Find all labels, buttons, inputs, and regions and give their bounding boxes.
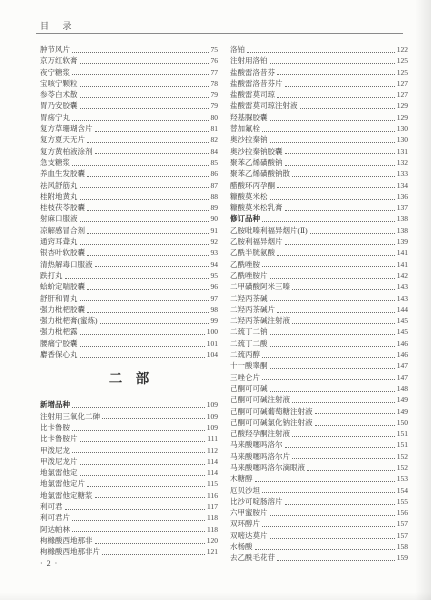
dot-leader — [80, 464, 206, 465]
dot-leader — [277, 560, 395, 561]
entry-title: 甲泼尼龙片 — [40, 456, 78, 467]
toc-entry: 利可君片118 — [40, 512, 218, 523]
entry-page: 121 — [207, 546, 218, 557]
dot-leader — [285, 153, 395, 154]
dot-leader — [270, 199, 395, 200]
toc-entry: 盐酸雷莫司琼127 — [230, 89, 408, 100]
toc-entry: 注射用洛铂125 — [230, 55, 408, 66]
dot-leader — [277, 74, 395, 75]
entry-page: 151 — [397, 439, 408, 450]
toc-entry: 胃疡宁丸80 — [40, 112, 218, 123]
toc-entry: 甲泼尼龙片114 — [40, 456, 218, 467]
dot-leader — [277, 187, 395, 188]
entry-title: 己酮可可碱葡萄糖注射液 — [230, 406, 313, 417]
entry-page: 149 — [397, 406, 408, 417]
dot-leader — [315, 425, 395, 426]
toc-entry: 去乙酰毛花苷159 — [230, 552, 408, 563]
dot-leader — [87, 486, 205, 487]
entry-page: 134 — [397, 180, 408, 191]
entry-page: 117 — [207, 501, 218, 512]
toc-entry: 桂枝茯苓胶囊89 — [40, 202, 218, 213]
dot-leader — [285, 244, 395, 245]
dot-leader — [80, 346, 205, 347]
entry-page: 148 — [397, 383, 408, 394]
dot-leader — [270, 120, 395, 121]
dot-leader — [80, 97, 209, 98]
toc-entry: 十一酸睾酮147 — [230, 360, 408, 371]
dot-leader — [65, 509, 206, 510]
entry-title: 桂附地黄丸 — [40, 191, 78, 202]
entry-page: 118 — [207, 524, 218, 535]
entry-title: 参苓白术散 — [40, 89, 78, 100]
entry-page: 153 — [397, 473, 408, 484]
dot-leader — [72, 531, 205, 532]
dot-leader — [262, 526, 395, 527]
dot-leader — [72, 52, 209, 53]
dot-leader — [262, 357, 395, 358]
header-divider — [36, 33, 403, 34]
entry-title: 己酮可可碱氯化钠注射液 — [230, 417, 313, 428]
dot-leader — [315, 413, 395, 414]
entry-page: 97 — [211, 293, 219, 304]
entry-page: 125 — [397, 55, 408, 66]
entry-page: 90 — [211, 213, 219, 224]
dot-leader — [270, 142, 395, 143]
dot-leader — [270, 538, 395, 539]
dot-leader — [270, 515, 395, 516]
toc-entry: 地氯雷他定114 — [40, 467, 218, 478]
dot-leader — [292, 402, 395, 403]
dot-leader — [285, 165, 395, 166]
entry-page: 109 — [207, 422, 218, 433]
entry-title: 胃乃安胶囊 — [40, 100, 78, 111]
dot-leader — [80, 108, 209, 109]
dot-leader — [87, 210, 209, 211]
toc-entry: 参苓白术散79 — [40, 89, 218, 100]
entry-title: 糠酸莫米松 — [230, 191, 268, 202]
entry-page: 76 — [211, 55, 219, 66]
entry-title: 奥沙拉秦钠 — [230, 134, 268, 145]
toc-entry: 养血生发胶囊86 — [40, 168, 218, 179]
entry-title: 乙酰唑胺 — [230, 259, 260, 270]
entry-page: 94 — [211, 259, 219, 270]
dot-leader — [80, 357, 205, 358]
toc-entry: 木糖醇153 — [230, 473, 408, 484]
toc-entry: 急支糖浆85 — [40, 157, 218, 168]
entry-page: 144 — [397, 304, 408, 315]
toc-entry: 夜宁糖浆77 — [40, 67, 218, 78]
toc-entry: 强力枇杷胶囊98 — [40, 304, 218, 315]
dot-leader — [87, 312, 209, 313]
toc-entry: 通窍耳聋丸92 — [40, 236, 218, 247]
entry-title: 奥沙拉秦钠胶囊 — [230, 146, 283, 157]
dot-leader — [80, 300, 209, 301]
dot-leader — [285, 210, 395, 211]
entry-page: 85 — [211, 157, 219, 168]
entry-title: 注射用洛铂 — [230, 55, 268, 66]
entry-title: 二羟丙茶碱 — [230, 293, 268, 304]
toc-entry: 己酮可可碱氯化钠注射液150 — [230, 417, 408, 428]
dot-leader — [262, 266, 395, 267]
entry-title: 比卡鲁胺 — [40, 422, 70, 433]
toc-entry: 乙胺利福异烟片139 — [230, 236, 408, 247]
entry-page: 150 — [397, 417, 408, 428]
entry-title: 二巯丁二酸 — [230, 338, 268, 349]
toc-entry: 二羟丙茶碱143 — [230, 293, 408, 304]
entry-title: 己酮可可碱 — [230, 383, 268, 394]
toc-entry: 复方草珊瑚含片81 — [40, 123, 218, 134]
entry-page: 81 — [211, 123, 219, 134]
toc-entry: 二羟丙茶碱片144 — [230, 304, 408, 315]
entry-page: 86 — [211, 168, 219, 179]
entry-title: 乙酰半胱氨酸 — [230, 247, 275, 258]
toc-entry: 地氯雷他定片115 — [40, 478, 218, 489]
entry-title: 马来酸噻吗洛尔片 — [230, 451, 290, 462]
entry-page: 138 — [397, 225, 408, 236]
entry-page: 159 — [397, 552, 408, 563]
toc-entry: 复方夏天无片82 — [40, 134, 218, 145]
toc-entry: 强力枇杷露100 — [40, 326, 218, 337]
toc-entry: 聚苯乙烯磺酸钠散133 — [230, 168, 408, 179]
entry-page: 98 — [211, 304, 219, 315]
entry-title: 盐酸雷莫司琼注射液 — [230, 100, 298, 111]
entry-title: 替加氟栓 — [230, 123, 260, 134]
entry-title: 马来酸噻吗洛尔滴眼液 — [230, 462, 305, 473]
toc-entry: 京万红软膏76 — [40, 55, 218, 66]
entry-title: 比卡鲁胺片 — [40, 433, 78, 444]
toc-entry: 乙胺吡嗪利福异烟片(Ⅱ)138 — [230, 225, 408, 236]
dot-leader — [95, 543, 205, 544]
entry-page: 138 — [397, 213, 408, 224]
entry-page: 143 — [397, 281, 408, 292]
entry-title: 枸橼酸西地那非 — [40, 535, 93, 546]
dot-leader — [292, 289, 395, 290]
entry-page: 139 — [397, 236, 408, 247]
entry-page: 157 — [397, 530, 408, 541]
entry-page: 109 — [207, 411, 218, 422]
toc-entry: 羟基脲胶囊129 — [230, 112, 408, 123]
dot-leader — [65, 278, 209, 279]
dot-leader — [72, 165, 209, 166]
entry-page: 91 — [211, 225, 219, 236]
entry-page: 143 — [397, 293, 408, 304]
entry-title: 地氯雷他定糖浆 — [40, 490, 93, 501]
dot-leader — [285, 504, 395, 505]
dot-leader — [72, 120, 209, 121]
entry-title: 复方夏天无片 — [40, 134, 85, 145]
entry-title: 厄贝沙坦 — [230, 485, 260, 496]
entry-page: 154 — [397, 485, 408, 496]
entry-title: 水杨酸 — [230, 541, 253, 552]
toc-entry: 二巯丙醇146 — [230, 349, 408, 360]
dot-leader — [87, 289, 209, 290]
toc-entry: 跌打丸95 — [40, 270, 218, 281]
toc-entry: 己酸羟孕酮注射液151 — [230, 428, 408, 439]
toc-entry: 银杏叶软胶囊93 — [40, 247, 218, 258]
dot-leader — [270, 368, 395, 369]
dot-leader — [292, 176, 395, 177]
entry-title: 京万红软膏 — [40, 55, 78, 66]
dot-leader — [102, 554, 205, 555]
dot-leader — [270, 346, 395, 347]
entry-page: 79 — [211, 100, 219, 111]
toc-entry: 舒肝和胃丸97 — [40, 293, 218, 304]
toc-page: 目 录 肿节风片75京万红软膏76夜宁糖浆77宝咳宁颗粒78参苓白术散79胃乃安… — [0, 0, 431, 600]
toc-entry: 蛤蚧定喘胶囊96 — [40, 281, 218, 292]
dot-leader — [277, 255, 395, 256]
entry-page: 116 — [207, 490, 218, 501]
toc-entry: 奥沙拉秦钠胶囊131 — [230, 146, 408, 157]
entry-title: 羟基脲胶囊 — [230, 112, 268, 123]
entry-title: 银杏叶软胶囊 — [40, 247, 85, 258]
entry-page: 95 — [211, 270, 219, 281]
section-heading-entry: 修订品种138 — [230, 213, 408, 224]
entry-title: 蛤蚧定喘胶囊 — [40, 281, 85, 292]
entry-title: 去乙酰毛花苷 — [230, 552, 275, 563]
entry-title: 甲泼尼龙 — [40, 445, 70, 456]
toc-entry: 厄贝沙坦154 — [230, 485, 408, 496]
toc-entry: 二巯丁二酸146 — [230, 338, 408, 349]
dot-leader — [262, 131, 395, 132]
dot-leader — [80, 475, 206, 476]
dot-leader — [270, 63, 395, 64]
dot-leader — [247, 52, 395, 53]
dot-leader — [310, 233, 395, 234]
dot-leader — [87, 176, 209, 177]
toc-entry: 比卡鲁胺109 — [40, 422, 218, 433]
entry-page: 89 — [211, 202, 219, 213]
entry-title: 盐酸雷洛昔芬片 — [230, 78, 283, 89]
dot-leader — [95, 153, 209, 154]
section-heading-entry: 新增品种109 — [40, 399, 218, 410]
toc-entry: 糠酸莫米松136 — [230, 191, 408, 202]
entry-title: 乙胺利福异烟片 — [230, 236, 283, 247]
entry-page: 100 — [207, 326, 218, 337]
entry-title: 清热解毒口服液 — [40, 259, 93, 270]
toc-entry: 胃乃安胶囊79 — [40, 100, 218, 111]
toc-entry: 醋酸环丙孕酮134 — [230, 180, 408, 191]
toc-entry: 二甲磺酸阿米三嗪143 — [230, 281, 408, 292]
entry-title: 利可君片 — [40, 512, 70, 523]
dot-leader — [100, 323, 209, 324]
toc-entry: 马来酸噻吗洛尔151 — [230, 439, 408, 450]
entry-page: 130 — [397, 123, 408, 134]
entry-page: 99 — [211, 315, 219, 326]
entry-title: 十一酸睾酮 — [230, 360, 268, 371]
entry-page: 151 — [397, 428, 408, 439]
entry-title: 复方草珊瑚含片 — [40, 123, 93, 134]
entry-page: 157 — [397, 518, 408, 529]
dot-leader — [277, 312, 395, 313]
part1-entry-list: 肿节风片75京万红软膏76夜宁糖浆77宝咳宁颗粒78参苓白术散79胃乃安胶囊79… — [40, 44, 218, 360]
entry-page: 133 — [397, 168, 408, 179]
entry-page: 127 — [397, 89, 408, 100]
entry-title: 二甲磺酸阿米三嗪 — [230, 281, 290, 292]
toc-entry: 二羟丙茶碱注射液145 — [230, 315, 408, 326]
part2-right-entry-list: 洛铂122注射用洛铂125盐酸雷洛昔芬125盐酸雷洛昔芬片127盐酸雷莫司琼12… — [230, 44, 408, 564]
dot-leader — [300, 108, 395, 109]
entry-page: 80 — [211, 112, 219, 123]
entry-page: 146 — [397, 349, 408, 360]
entry-page: 129 — [397, 112, 408, 123]
entry-page: 109 — [207, 399, 218, 410]
part2-new-entry-list: 新增品种109注射用三氧化二砷109比卡鲁胺109比卡鲁胺片111甲泼尼龙112… — [40, 399, 218, 557]
toc-entry: 洛铂122 — [230, 44, 408, 55]
toc-entry: 乙酰唑胺141 — [230, 259, 408, 270]
entry-page: 111 — [207, 433, 218, 444]
toc-entry: 盐酸雷洛昔芬片127 — [230, 78, 408, 89]
entry-title: 盐酸雷洛昔芬 — [230, 67, 275, 78]
dot-leader — [95, 497, 206, 498]
entry-page: 79 — [211, 89, 219, 100]
dot-leader — [270, 391, 395, 392]
dot-leader — [72, 74, 209, 75]
dot-leader — [307, 470, 395, 471]
toc-entry: 盐酸雷莫司琼注射液129 — [230, 100, 408, 111]
toc-entry: 强力枇杷膏(蜜炼)99 — [40, 315, 218, 326]
toc-entry: 祛风舒筋丸87 — [40, 180, 218, 191]
entry-title: 地氯雷他定片 — [40, 478, 85, 489]
toc-entry: 六甲蜜胺片156 — [230, 507, 408, 518]
dot-leader — [285, 447, 395, 448]
dot-leader — [72, 452, 205, 453]
entry-title: 宝咳宁颗粒 — [40, 78, 78, 89]
dot-leader — [262, 379, 395, 380]
entry-page: 155 — [397, 496, 408, 507]
toc-entry: 阿达帕林118 — [40, 524, 218, 535]
entry-title: 腰痛宁胶囊 — [40, 338, 78, 349]
entry-page: 137 — [397, 202, 408, 213]
entry-page: 114 — [207, 467, 218, 478]
entry-page: 93 — [211, 247, 219, 258]
entry-page: 112 — [207, 445, 218, 456]
entry-page: 146 — [397, 338, 408, 349]
entry-page: 132 — [397, 157, 408, 168]
toc-entry: 桂附地黄丸88 — [40, 191, 218, 202]
entry-title: 祛风舒筋丸 — [40, 180, 78, 191]
dot-leader — [270, 278, 395, 279]
entry-title: 强力枇杷胶囊 — [40, 304, 85, 315]
entry-page: 118 — [207, 512, 218, 523]
dot-leader — [270, 300, 395, 301]
entry-page: 77 — [211, 67, 219, 78]
dot-leader — [262, 492, 395, 493]
entry-title: 盐酸雷莫司琼 — [230, 89, 275, 100]
toc-entry: 己酮可可碱注射液149 — [230, 394, 408, 405]
entry-title: 阿达帕林 — [40, 524, 70, 535]
dot-leader — [270, 334, 395, 335]
entry-page: 152 — [397, 451, 408, 462]
toc-entry: 复方黄柏液涂剂84 — [40, 146, 218, 157]
entry-page: 147 — [397, 372, 408, 383]
entry-page: 156 — [397, 507, 408, 518]
entry-title: 洛铂 — [230, 44, 245, 55]
dot-leader — [285, 86, 395, 87]
dot-leader — [102, 418, 205, 419]
entry-title: 二羟丙茶碱注射液 — [230, 315, 290, 326]
entry-title: 注射用三氧化二砷 — [40, 411, 100, 422]
dot-leader — [80, 221, 209, 222]
entry-title: 二巯丁二钠 — [230, 326, 268, 337]
entry-page: 141 — [397, 259, 408, 270]
toc-entry: 己酮可可碱葡萄糖注射液149 — [230, 406, 408, 417]
page-title: 目 录 — [40, 19, 72, 32]
entry-page: 82 — [211, 134, 219, 145]
entry-title: 聚苯乙烯磺酸钠散 — [230, 168, 290, 179]
entry-page: 114 — [207, 456, 218, 467]
entry-title: 马来酸噻吗洛尔 — [230, 439, 283, 450]
entry-title: 夜宁糖浆 — [40, 67, 70, 78]
entry-page: 141 — [397, 247, 408, 258]
entry-title: 胃疡宁丸 — [40, 112, 70, 123]
entry-title: 肿节风片 — [40, 44, 70, 55]
dot-leader — [80, 199, 209, 200]
toc-entry: 清热解毒口服液94 — [40, 259, 218, 270]
toc-entry: 比卡鲁胺片111 — [40, 433, 218, 444]
entry-page: 92 — [211, 236, 219, 247]
entry-page: 115 — [207, 478, 218, 489]
entry-title: 射麻口服液 — [40, 213, 78, 224]
entry-title: 己酸羟孕酮注射液 — [230, 428, 290, 439]
entry-title: 醋酸环丙孕酮 — [230, 180, 275, 191]
dot-leader — [292, 323, 395, 324]
entry-page: 136 — [397, 191, 408, 202]
dot-leader — [72, 520, 205, 521]
entry-page: 88 — [211, 191, 219, 202]
entry-title: 聚苯乙烯磺酸钠 — [230, 157, 283, 168]
entry-title: 麝香保心丸 — [40, 349, 78, 360]
dot-leader — [80, 244, 209, 245]
entry-page: 127 — [397, 78, 408, 89]
entry-page: 129 — [397, 100, 408, 111]
toc-entry: 麝香保心丸104 — [40, 349, 218, 360]
entry-page: 87 — [211, 180, 219, 191]
entry-title: 复方黄柏液涂剂 — [40, 146, 93, 157]
toc-entry: 乙酰唑胺片142 — [230, 270, 408, 281]
toc-entry: 凉解感冒合剂91 — [40, 225, 218, 236]
toc-left-column: 肿节风片75京万红软膏76夜宁糖浆77宝咳宁颗粒78参苓白术散79胃乃安胶囊79… — [40, 44, 218, 564]
entry-page: 147 — [397, 360, 408, 371]
entry-title: 比沙可啶肠溶片 — [230, 496, 283, 507]
toc-entry: 注射用三氧化二砷109 — [40, 411, 218, 422]
entry-title: 跌打丸 — [40, 270, 63, 281]
dot-leader — [87, 142, 209, 143]
dot-leader — [95, 266, 209, 267]
toc-entry: 双环醇片157 — [230, 518, 408, 529]
entry-page: 125 — [397, 67, 408, 78]
entry-page: 84 — [211, 146, 219, 157]
toc-right-column: 洛铂122注射用洛铂125盐酸雷洛昔芬125盐酸雷洛昔芬片127盐酸雷莫司琼12… — [230, 44, 408, 564]
entry-page: 96 — [211, 281, 219, 292]
toc-entry: 甲泼尼龙112 — [40, 445, 218, 456]
entry-page: 158 — [397, 541, 408, 552]
toc-entry: 地氯雷他定糖浆116 — [40, 490, 218, 501]
page-number-footer: · 2 · — [40, 559, 58, 568]
dot-leader — [80, 334, 205, 335]
toc-entry: 糠酸莫米松乳膏137 — [230, 202, 408, 213]
entry-title: 六甲蜜胺片 — [230, 507, 268, 518]
entry-page: 104 — [207, 349, 218, 360]
entry-title: 养血生发胶囊 — [40, 168, 85, 179]
toc-entry: 己酮可可碱148 — [230, 383, 408, 394]
dot-leader — [255, 549, 395, 550]
toc-entry: 聚苯乙烯磺酸钠132 — [230, 157, 408, 168]
toc-entry: 水杨酸158 — [230, 541, 408, 552]
dot-leader — [87, 255, 209, 256]
entry-title: 三唑仑片 — [230, 372, 260, 383]
entry-title: 二巯丙醇 — [230, 349, 260, 360]
entry-title: 桂枝茯苓胶囊 — [40, 202, 85, 213]
